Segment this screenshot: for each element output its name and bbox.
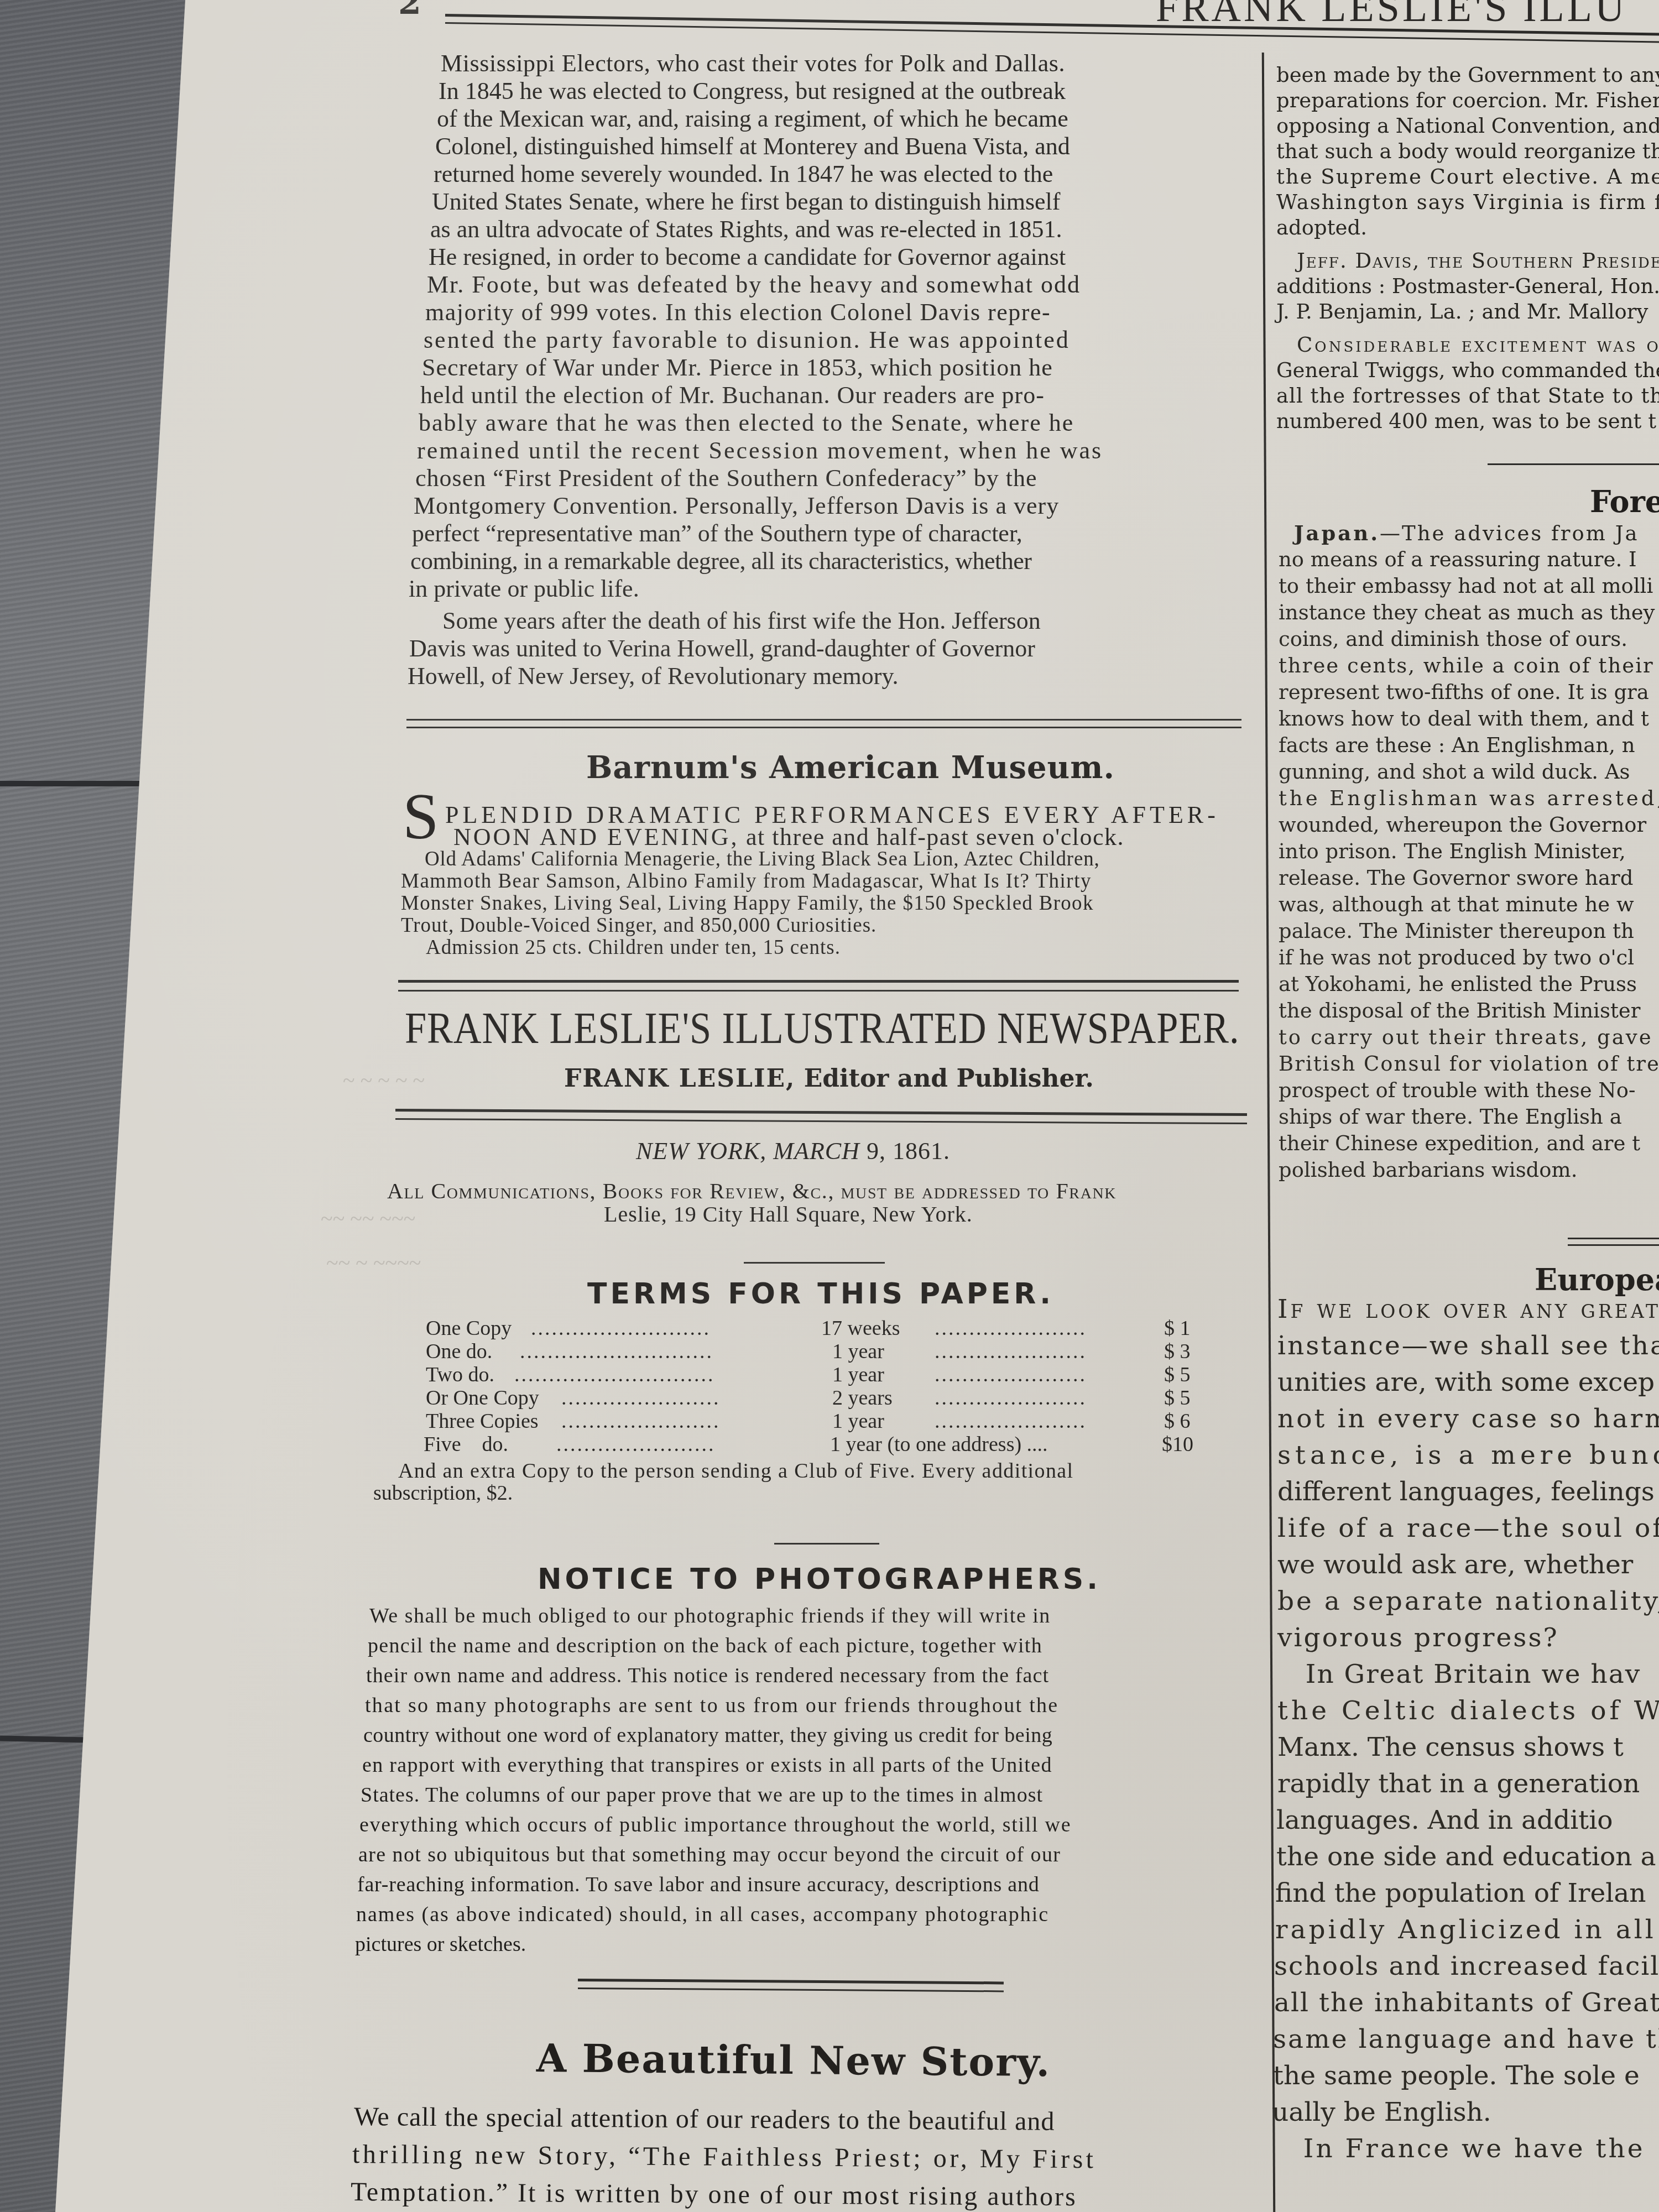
article-line: Montgomery Convention. Personally, Jeffe…: [414, 492, 1059, 520]
article-line: In 1845 he was elected to Congress, but …: [439, 77, 1066, 105]
short-rule: [744, 1262, 885, 1264]
leader-dots: ......................: [935, 1316, 1087, 1340]
news-line: rapidly Anglicized in all p: [1275, 1912, 1659, 1948]
article-line: Mississippi Electors, who cast their vot…: [441, 50, 1065, 77]
news-line: gunning, and shot a wild duck. As: [1279, 759, 1630, 785]
article-line: Howell, of New Jersey, of Revolutionary …: [408, 662, 899, 690]
news-line: additions : Postmaster-General, Hon.: [1276, 273, 1659, 300]
dateline: NEW YORK, MARCH 9, 1861.: [636, 1137, 950, 1165]
leader-dots: ..........................: [531, 1316, 711, 1340]
short-rule: [774, 1543, 879, 1545]
news-line: we would ask are, whether: [1277, 1547, 1633, 1583]
article-line: returned home severely wounded. In 1847 …: [434, 160, 1053, 188]
terms-item: Three Copies: [426, 1410, 539, 1433]
terms-row: One Copy 17 weeks $ 1 ..................…: [426, 1316, 1233, 1340]
article-line: chosen “First President of the Southern …: [415, 465, 1037, 492]
section-rule: [406, 719, 1241, 721]
news-line: to carry out their threats, gave: [1279, 1024, 1653, 1051]
section-rule: [578, 1979, 1004, 1984]
news-line: Considerable excitement was occ: [1297, 332, 1659, 358]
terms-term: 2 years: [832, 1386, 893, 1410]
news-line: been made by the Government to any: [1276, 62, 1659, 88]
news-line: not in every case so harmo: [1277, 1401, 1659, 1437]
header-rule: [445, 22, 1659, 43]
article-line: perfect “representative man” of the Sout…: [412, 520, 1022, 547]
article-line: Colonel, distinguished himself at Monter…: [435, 133, 1070, 160]
news-line: the one side and education a: [1276, 1839, 1656, 1875]
terms-term: 1 year: [832, 1339, 884, 1364]
news-line: all the fortresses of that State to the: [1276, 383, 1659, 409]
notice-line: their own name and address. This notice …: [366, 1663, 1049, 1688]
section-rule: [398, 980, 1239, 983]
notice-line: en rapport with everything that transpir…: [362, 1753, 1052, 1777]
news-line: instance they cheat as much as they: [1279, 599, 1655, 626]
japan-lead: Japan.: [1294, 521, 1380, 545]
section-rule: [1568, 1238, 1659, 1239]
leader-dots: .......................: [561, 1386, 721, 1410]
news-line: numbered 400 men, was to be sent t: [1276, 408, 1656, 435]
article-line: Davis was united to Verina Howell, grand…: [409, 635, 1035, 662]
notice-line: everything which occurs of public import…: [359, 1813, 1071, 1837]
news-line: the same people. The sole e: [1273, 2058, 1640, 2094]
news-line: vigorous progress?: [1277, 1620, 1559, 1656]
article-line: in private or public life.: [409, 575, 639, 603]
editor-role: Editor and Publisher.: [795, 1065, 1094, 1093]
ad-lead-line: NOON AND EVENING, at three and half-past…: [453, 823, 1124, 851]
news-line: Manx. The census shows t: [1277, 1729, 1624, 1766]
ad-lead-rest: at three and half-past seven o'clock.: [739, 823, 1125, 851]
foreign-news-heading: Forei: [1590, 484, 1659, 519]
news-line: facts are these : An Englishman, n: [1279, 732, 1635, 759]
communications-notice: All Communications, Books for Review, &c…: [387, 1178, 1117, 1204]
news-line: J. P. Benjamin, La. ; and Mr. Mallory: [1276, 299, 1648, 325]
running-title: FRANK LESLIE'S ILLU: [1156, 0, 1627, 32]
ad-title: Barnum's American Museum.: [586, 749, 1115, 786]
terms-price: $ 5: [1164, 1363, 1191, 1387]
leader-dots: ......................: [935, 1339, 1087, 1364]
article-line: as an ultra advocate of States Rights, a…: [430, 216, 1062, 243]
notice-line: are not so ubiquitous but that something…: [358, 1843, 1061, 1867]
news-line: adopted.: [1276, 215, 1367, 241]
page-number: 2: [398, 0, 421, 22]
section-rule: [395, 1118, 1247, 1124]
dateline-date: 9, 1861.: [860, 1138, 950, 1165]
article-line: Mr. Foote, but was defeated by the heavy…: [427, 271, 1081, 299]
ad-line: Monster Snakes, Living Seal, Living Happ…: [401, 891, 1094, 915]
ad-lead-line: PLENDID DRAMATIC PERFORMANCES EVERY AFTE…: [445, 801, 1219, 829]
terms-item: One do.: [426, 1340, 492, 1363]
article-line: sented the party favorable to disunion. …: [424, 326, 1070, 354]
header-rule: [445, 14, 1659, 36]
news-line: was, although at that minute he w: [1279, 891, 1634, 918]
news-line: all the inhabitants of Great: [1274, 1985, 1659, 2021]
notice-title: NOTICE TO PHOTOGRAPHERS.: [538, 1563, 1101, 1596]
ad-line: Trout, Double-Voiced Singer, and 850,000…: [401, 914, 877, 937]
article-line: held until the election of Mr. Buchanan.…: [420, 382, 1045, 409]
leader-dots: .............................: [514, 1363, 715, 1387]
article-line: combining, in a remarkable degree, all i…: [410, 547, 1031, 575]
news-line: instance—we shall see that: [1277, 1328, 1659, 1364]
news-line: three cents, while a coin of their: [1279, 653, 1654, 679]
terms-row: Two do. 1 year $ 5 .....................…: [426, 1363, 1233, 1387]
ad-line: Mammoth Bear Samson, Albino Family from …: [401, 869, 1092, 893]
news-line: Japan.—The advices from Ja: [1294, 520, 1639, 547]
news-line: ually be English.: [1272, 2094, 1491, 2131]
article-line: of the Mexican war, and, raising a regim…: [437, 105, 1068, 133]
terms-term: 17 weeks: [821, 1316, 900, 1340]
news-line: polished barbarians wisdom.: [1279, 1157, 1577, 1183]
editor-name: FRANK LESLIE,: [564, 1065, 795, 1093]
article-line: Some years after the death of his first …: [442, 607, 1041, 635]
notice-line: country without one word of explanatory …: [363, 1723, 1052, 1747]
news-line: coins, and diminish those of ours.: [1279, 626, 1627, 653]
notice-line: pictures or sketches.: [355, 1932, 526, 1957]
news-line: stance, is a mere bunch: [1277, 1437, 1659, 1474]
notice-line: names (as above indicated) should, in al…: [356, 1902, 1049, 1927]
ad-lead-caps: NOON AND EVENING,: [453, 823, 739, 851]
news-line: represent two-fifths of one. It is gra: [1279, 679, 1649, 706]
terms-item: One Copy: [426, 1317, 512, 1340]
section-rule: [578, 1987, 1004, 1992]
notice-line: that so many photographs are sent to us …: [365, 1693, 1059, 1718]
news-line: wounded, whereupon the Governor: [1279, 812, 1646, 838]
leader-dots: ............................: [520, 1339, 713, 1364]
terms-term: 1 year: [832, 1409, 884, 1433]
leader-dots: ......................: [935, 1386, 1087, 1410]
terms-note: subscription, $2.: [373, 1481, 513, 1505]
section-rule: [398, 990, 1239, 992]
section-rule: [1488, 463, 1659, 465]
story-line: Temptation.” It is written by one of our…: [351, 2177, 1077, 2212]
news-line: different languages, feelings: [1277, 1474, 1655, 1510]
terms-row: Or One Copy 2 years $ 5 ................…: [426, 1386, 1233, 1410]
section-rule: [406, 727, 1241, 728]
terms-price: $ 1: [1164, 1316, 1191, 1340]
news-line: rapidly that in a generation: [1277, 1766, 1640, 1802]
news-line: release. The Governor swore hard: [1279, 865, 1633, 891]
terms-term: 1 year (to one address) ....: [830, 1432, 1048, 1457]
news-line: the Englishman was arrested, an: [1279, 785, 1659, 812]
news-line: preparations for coercion. Mr. Fisher: [1276, 87, 1659, 114]
news-line: into prison. The English Minister,: [1279, 838, 1626, 865]
story-line: thrilling new Story, “The Faithless Prie…: [352, 2139, 1097, 2174]
terms-note: And an extra Copy to the person sending …: [398, 1459, 1074, 1483]
section-rule: [1568, 1244, 1659, 1246]
news-line: be a separate nationality,: [1277, 1583, 1659, 1620]
story-line: We call the special attention of our rea…: [354, 2101, 1055, 2137]
show-through-text: ~~ ~ ~~~~: [326, 1250, 421, 1276]
editor-line: FRANK LESLIE, Editor and Publisher.: [564, 1065, 1094, 1093]
news-line: the Celtic dialects of We: [1277, 1693, 1659, 1729]
article-line: majority of 999 votes. In this election …: [425, 299, 1051, 326]
article-line: He resigned, in order to become a candid…: [429, 243, 1066, 271]
terms-row: Five do. 1 year (to one address) .... $1…: [424, 1432, 1231, 1457]
article-line: bably aware that he was then elected to …: [419, 409, 1074, 437]
story-title: A Beautiful New Story.: [536, 2035, 1051, 2085]
european-news-heading: Europea: [1535, 1262, 1659, 1297]
news-line: find the population of Irelan: [1275, 1875, 1646, 1912]
news-line: prospect of trouble with these No-: [1279, 1077, 1636, 1104]
news-line: if he was not produced by two o'cl: [1279, 945, 1634, 971]
terms-item: Five do.: [424, 1433, 508, 1456]
news-line: In Great Britain we hav: [1277, 1656, 1641, 1693]
news-line: opposing a National Convention, and: [1276, 113, 1659, 139]
news-line: General Twiggs, who commanded the: [1276, 357, 1659, 384]
news-line: life of a race—the soul of: [1277, 1510, 1659, 1547]
news-line: their Chinese expedition, and are t: [1279, 1130, 1640, 1157]
terms-price: $ 5: [1164, 1386, 1191, 1410]
terms-item: Or One Copy: [426, 1386, 539, 1410]
notice-line: far-reaching information. To save labor …: [357, 1872, 1040, 1897]
news-line: to their embassy had not at all molli: [1279, 573, 1653, 599]
news-line: same language and have th: [1273, 2021, 1659, 2058]
notice-line: We shall be much obliged to our photogra…: [369, 1604, 1051, 1628]
news-line: In France we have the: [1272, 2131, 1645, 2167]
dateline-place: NEW YORK, MARCH: [636, 1138, 860, 1165]
ad-admission: Admission 25 cts. Children under ten, 15…: [426, 936, 841, 959]
news-line: languages. And in additio: [1276, 1802, 1613, 1839]
terms-price: $10: [1162, 1432, 1193, 1457]
notice-line: States. The columns of our paper prove t…: [361, 1783, 1043, 1807]
communications-address: Leslie, 19 City Hall Square, New York.: [604, 1201, 973, 1227]
section-rule: [395, 1109, 1247, 1116]
news-line: unities are, with some excep: [1277, 1364, 1655, 1401]
terms-item: Two do.: [426, 1363, 494, 1386]
news-line: palace. The Minister thereupon th: [1279, 918, 1634, 945]
terms-term: 1 year: [832, 1363, 884, 1387]
ad-line: Old Adams' California Menagerie, the Liv…: [425, 847, 1100, 871]
leader-dots: .......................: [561, 1409, 721, 1433]
news-line: that such a body would reorganize the: [1276, 138, 1659, 165]
terms-price: $ 3: [1164, 1339, 1191, 1364]
article-line: Secretary of War under Mr. Pierce in 185…: [422, 354, 1053, 382]
terms-row: One do. 1 year $ 3 .....................…: [426, 1339, 1233, 1364]
terms-row: Three Copies 1 year $ 6 ................…: [426, 1409, 1233, 1433]
news-line: ships of war there. The English a: [1279, 1104, 1622, 1130]
article-line: United States Senate, where he first beg…: [432, 188, 1060, 216]
news-line: the Supreme Court elective. A me: [1276, 164, 1659, 190]
newspaper-page: 2 FRANK LESLIE'S ILLU Mississippi Electo…: [0, 0, 1659, 2212]
leader-dots: ......................: [935, 1363, 1087, 1387]
terms-price: $ 6: [1164, 1409, 1191, 1433]
leader-dots: ......................: [935, 1409, 1087, 1433]
leader-dots: .......................: [556, 1432, 716, 1457]
news-line: no means of a reassuring nature. I: [1279, 546, 1637, 573]
notice-line: pencil the name and description on the b…: [368, 1634, 1042, 1658]
news-line: If we look over any great: [1277, 1291, 1659, 1328]
drop-cap: S: [403, 784, 439, 849]
terms-title: TERMS FOR THIS PAPER.: [587, 1277, 1054, 1311]
news-line: Jeff. Davis, the Southern Preside: [1297, 248, 1659, 274]
news-line: schools and increased facilit: [1274, 1948, 1659, 1985]
japan-lead-rest: —The advices from Ja: [1380, 521, 1639, 545]
column-rule: [1262, 53, 1275, 2212]
news-line: at Yokohami, he enlisted the Pruss: [1279, 971, 1637, 998]
newspaper-title: FRANK LESLIE'S ILLUSTRATED NEWSPAPER.: [405, 1004, 1239, 1054]
news-line: British Consul for violation of tre: [1279, 1051, 1659, 1077]
show-through-text: ~ ~ ~ ~ ~: [343, 1067, 425, 1093]
news-line: knows how to deal with them, and t: [1279, 706, 1649, 732]
show-through-text: ~~ ~~ ~~~: [321, 1206, 415, 1232]
news-line: the disposal of the British Minister: [1279, 998, 1640, 1024]
news-line: Washington says Virginia is firm fo: [1276, 189, 1659, 216]
article-line: remained until the recent Secession move…: [417, 437, 1103, 465]
